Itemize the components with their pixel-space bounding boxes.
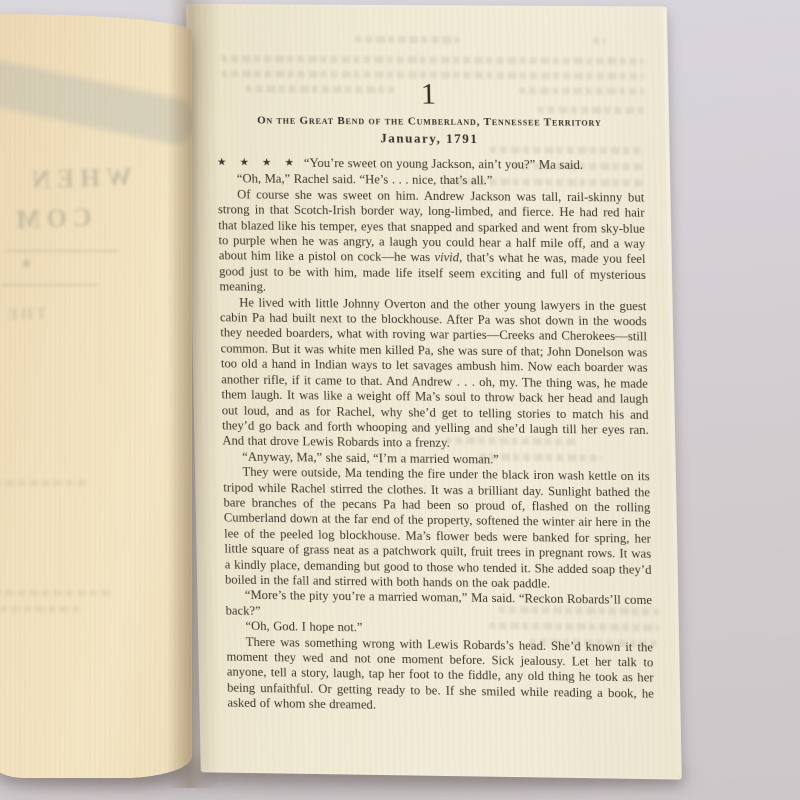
body-text-italic: vivid [434, 251, 459, 265]
page-content: 1 On the Great Bend of the Cumberland, T… [215, 78, 654, 717]
chapter-number: 1 [215, 78, 642, 111]
left-page: WHEN COM ★ THE [0, 14, 192, 778]
photo-of-open-book: WHEN COM ★ THE 1 On the Great Bend of th… [0, 0, 800, 800]
show-through-band [0, 54, 192, 148]
body-text-run: “Anyway, Ma,” she said, “I’m a married w… [242, 449, 499, 466]
show-through-word: COM [10, 203, 93, 236]
body-text-run: “More’s the pity you’re a married woman,… [226, 588, 653, 618]
ghost-page-number [593, 37, 606, 44]
ghost-text-line [221, 55, 644, 65]
section-stars: ★ ★ ★ ★ [217, 157, 299, 169]
paragraph: Of course she was sweet on him. Andrew J… [218, 187, 647, 299]
paragraph: They were outside, Ma tending the fire u… [223, 465, 652, 594]
body-text-run: “Oh, Ma,” Rachel said. “He’s . . . nice,… [237, 172, 493, 188]
show-through-star-icon: ★ [20, 256, 33, 273]
ghost-text-line [0, 480, 86, 486]
body-text-run: “You’re sweet on young Jackson, ain’t yo… [304, 156, 583, 172]
ghost-text-line [0, 606, 84, 612]
paragraph: He lived with little Johnny Overton and … [220, 295, 650, 454]
body-text-run: He lived with little Johnny Overton and … [220, 295, 649, 450]
ghost-text-line [355, 36, 460, 44]
body-text-run: They were outside, Ma tending the fire u… [223, 465, 651, 591]
show-through-rule [2, 284, 98, 286]
body-text: ★ ★ ★ ★“You’re sweet on young Jackson, a… [217, 155, 654, 717]
page-fore-edge [663, 9, 681, 774]
body-text-run: There was something wrong with Lewis Rob… [226, 634, 654, 712]
show-through-rule [6, 250, 118, 252]
chapter-date: January, 1791 [216, 129, 643, 148]
chapter-title: On the Great Bend of the Cumberland, Ten… [216, 114, 643, 129]
show-through-word: THE [4, 305, 47, 324]
book-page: 1 On the Great Bend of the Cumberland, T… [186, 4, 682, 780]
ghost-text-line [0, 590, 112, 596]
show-through-word: WHEN [26, 162, 133, 196]
paragraph: There was something wrong with Lewis Rob… [226, 634, 654, 717]
body-text-run: “Oh, God. I hope not.” [245, 619, 362, 635]
